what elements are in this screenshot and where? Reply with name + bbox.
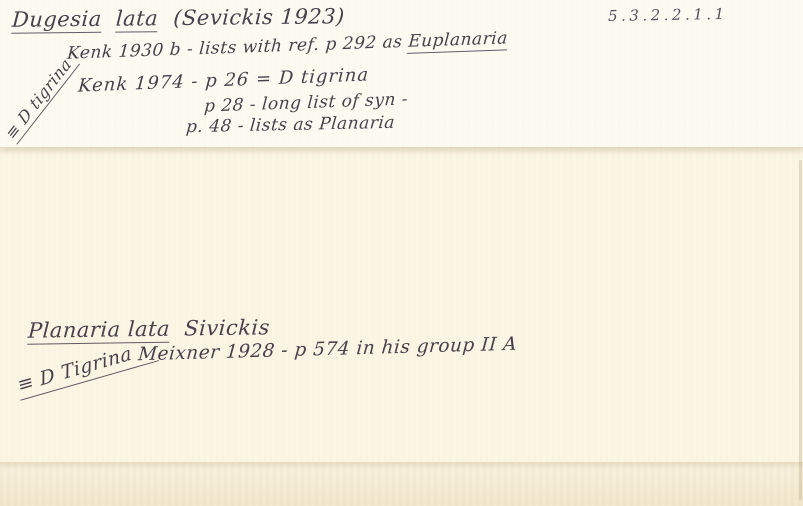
bottom-title-author: Sivickis — [184, 315, 271, 340]
reference-kenk-1930-synonym: Euplanaria — [407, 28, 508, 54]
card-right-edge-shadow — [799, 160, 802, 500]
title-author-year: (Sevickis 1923) — [173, 4, 346, 30]
title-genus: Dugesia — [11, 7, 102, 34]
reference-kenk-1930-text: Kenk 1930 b - lists with ref. p 292 as — [66, 32, 409, 64]
top-card-species-title: Dugesia lata (Sevickis 1923) — [11, 4, 345, 33]
lower-card-edge — [0, 462, 803, 506]
bottom-margin-synonym-note: ≡ D Tigrina — [16, 335, 159, 400]
reference-kenk-1974-p48: p. 48 - lists as Planaria — [185, 113, 396, 138]
bottom-index-card: Planaria lata Sivickis ≡ D Tigrina Meixn… — [0, 147, 803, 462]
scanned-index-cards: Dugesia lata (Sevickis 1923) 5.3.2.2.1.1… — [0, 0, 803, 506]
top-index-card: Dugesia lata (Sevickis 1923) 5.3.2.2.1.1… — [0, 0, 803, 147]
margin-synonym-note: ≡ D tigrina — [2, 49, 80, 144]
catalog-number: 5.3.2.2.1.1 — [608, 5, 728, 25]
title-species: lata — [115, 6, 159, 32]
reference-kenk-1930: Kenk 1930 b - lists with ref. p 292 as E… — [66, 28, 508, 64]
